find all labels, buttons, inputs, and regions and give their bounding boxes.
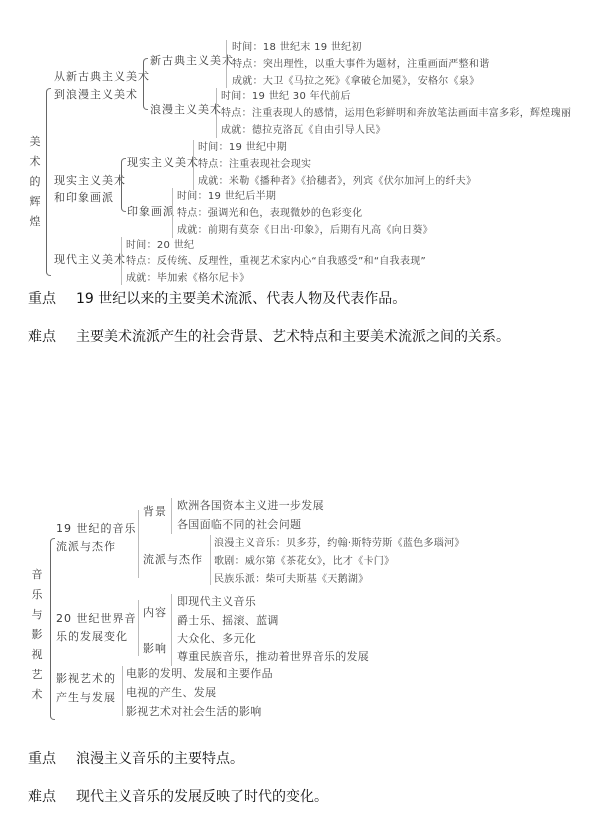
root-bracket bbox=[50, 538, 55, 720]
leaf-item: 特点：突出理性，以重大事件为题材，注重画面严整和谐 bbox=[232, 55, 490, 70]
leaf-item: 欧洲各国资本主义进一步发展 bbox=[177, 497, 324, 513]
leaf-item: 成就：毕加索《格尔尼卡》 bbox=[126, 269, 250, 284]
leaf-item: 时间：20 世纪 bbox=[126, 236, 194, 251]
leaf-item: 民族乐派：柴可夫斯基《天鹅湖》 bbox=[214, 570, 369, 585]
leaf-item: 歌剧：威尔第《茶花女》，比才《卡门》 bbox=[214, 552, 394, 567]
branch-label: 乐的发展变化 bbox=[56, 628, 128, 644]
sub-branch-label: 影响 bbox=[143, 640, 167, 656]
branch-label: 到浪漫主义美术 bbox=[54, 86, 138, 102]
leaf-bracket bbox=[171, 594, 172, 630]
branch-label: 20 世纪世界音 bbox=[56, 610, 137, 626]
branch-bracket bbox=[138, 600, 139, 656]
branch-label: 从新古典主义美术 bbox=[54, 68, 150, 84]
branch-bracket bbox=[138, 510, 139, 578]
leaf-item: 电影的发明、发展和主要作品 bbox=[126, 665, 273, 681]
leaf-bracket bbox=[122, 666, 123, 716]
sub-branch-label: 浪漫主义美术 bbox=[150, 101, 222, 117]
leaf-item: 特点：注重表现人的感情，运用色彩鲜明和奔放笔法画面丰富多彩，辉煌瑰丽 bbox=[221, 104, 571, 119]
difficulty-text: 主要美术流派产生的社会背景、艺术特点和主要美术流派之间的关系。 bbox=[76, 329, 510, 345]
leaf-bracket bbox=[171, 630, 172, 666]
leaf-bracket bbox=[193, 140, 194, 190]
leaf-item: 电视的产生、发展 bbox=[126, 684, 216, 700]
sub-branch-label: 现实主义美术 bbox=[127, 154, 199, 170]
difficulty-text: 现代主义音乐的发展反映了时代的变化。 bbox=[76, 789, 328, 805]
sub-branch-label: 新古典主义美术 bbox=[150, 52, 234, 68]
root-label: 音乐与影视艺术 bbox=[30, 565, 44, 705]
leaf-item: 浪漫主义音乐：贝多芬，约翰·斯特劳斯《蓝色多瑙河》 bbox=[214, 534, 465, 549]
difficulty-label: 难点 bbox=[28, 326, 76, 346]
branch-bracket bbox=[143, 58, 148, 110]
leaf-bracket bbox=[210, 535, 211, 585]
leaf-item: 爵士乐、摇滚、蓝调 bbox=[177, 612, 279, 628]
sub-branch-label: 印象画派 bbox=[127, 203, 175, 219]
leaf-item: 即现代主义音乐 bbox=[177, 593, 256, 609]
leaf-item: 特点：强调光和色，表现微妙的色彩变化 bbox=[177, 204, 362, 219]
leaf-item: 尊重民族音乐，推动着世界音乐的发展 bbox=[177, 648, 369, 664]
leaf-item: 时间：19 世纪中期 bbox=[198, 138, 287, 153]
leaf-item: 时间：19 世纪后半期 bbox=[177, 187, 276, 202]
branch-label: 现实主义美术 bbox=[54, 172, 126, 188]
leaf-bracket bbox=[226, 40, 227, 88]
leaf-item: 特点：反传统、反理性，重视艺术家内心“自我感受”和“自我表现” bbox=[126, 252, 426, 267]
leaf-item: 影视艺术对社会生活的影响 bbox=[126, 703, 262, 719]
leaf-item: 成就：前期有莫奈《日出·印象》，后期有凡高《向日葵》 bbox=[177, 221, 433, 236]
leaf-item: 成就：米勒《播种者》《拾穗者》，列宾《伏尔加河上的纤夫》 bbox=[198, 172, 476, 187]
leaf-item: 特点：注重表现社会现实 bbox=[198, 155, 311, 170]
difficulty-line: 难点主要美术流派产生的社会背景、艺术特点和主要美术流派之间的关系。 bbox=[28, 326, 510, 346]
key-point-label: 重点 bbox=[28, 288, 76, 308]
key-point-text: 19 世纪以来的主要美术流派、代表人物及代表作品。 bbox=[76, 291, 406, 307]
sub-branch-label: 内容 bbox=[143, 604, 167, 620]
key-point-line: 重点浪漫主义音乐的主要特点。 bbox=[28, 748, 244, 768]
branch-label: 现代主义美术 bbox=[54, 251, 126, 267]
leaf-bracket bbox=[121, 237, 122, 285]
branch-label: 流派与杰作 bbox=[56, 538, 116, 554]
leaf-item: 各国面临不同的社会问题 bbox=[177, 516, 301, 532]
branch-bracket bbox=[121, 158, 126, 212]
key-point-line: 重点19 世纪以来的主要美术流派、代表人物及代表作品。 bbox=[28, 288, 406, 308]
key-point-text: 浪漫主义音乐的主要特点。 bbox=[76, 751, 244, 767]
leaf-bracket bbox=[172, 188, 173, 238]
branch-label: 影视艺术的 bbox=[56, 670, 116, 686]
branch-label: 和印象画派 bbox=[54, 189, 114, 205]
difficulty-line: 难点现代主义音乐的发展反映了时代的变化。 bbox=[28, 786, 328, 806]
root-label: 美术的辉煌 bbox=[28, 132, 42, 232]
key-point-label: 重点 bbox=[28, 748, 76, 768]
leaf-item: 大众化、多元化 bbox=[177, 630, 256, 646]
leaf-bracket bbox=[171, 498, 172, 534]
sub-branch-label: 背景 bbox=[143, 503, 167, 519]
leaf-item: 时间：19 世纪 30 年代前后 bbox=[221, 87, 351, 102]
difficulty-label: 难点 bbox=[28, 786, 76, 806]
branch-label: 19 世纪的音乐 bbox=[56, 520, 137, 536]
branch-label: 产生与发展 bbox=[56, 689, 116, 705]
leaf-item: 时间：18 世纪末 19 世纪初 bbox=[232, 38, 362, 53]
leaf-bracket bbox=[216, 88, 217, 138]
leaf-item: 成就：德拉克洛瓦《自由引导人民》 bbox=[221, 121, 386, 136]
sub-branch-label: 流派与杰作 bbox=[143, 551, 203, 567]
leaf-item: 成就：大卫《马拉之死》《拿破仑加冕》，安格尔《泉》 bbox=[232, 72, 480, 87]
root-bracket bbox=[46, 88, 51, 276]
